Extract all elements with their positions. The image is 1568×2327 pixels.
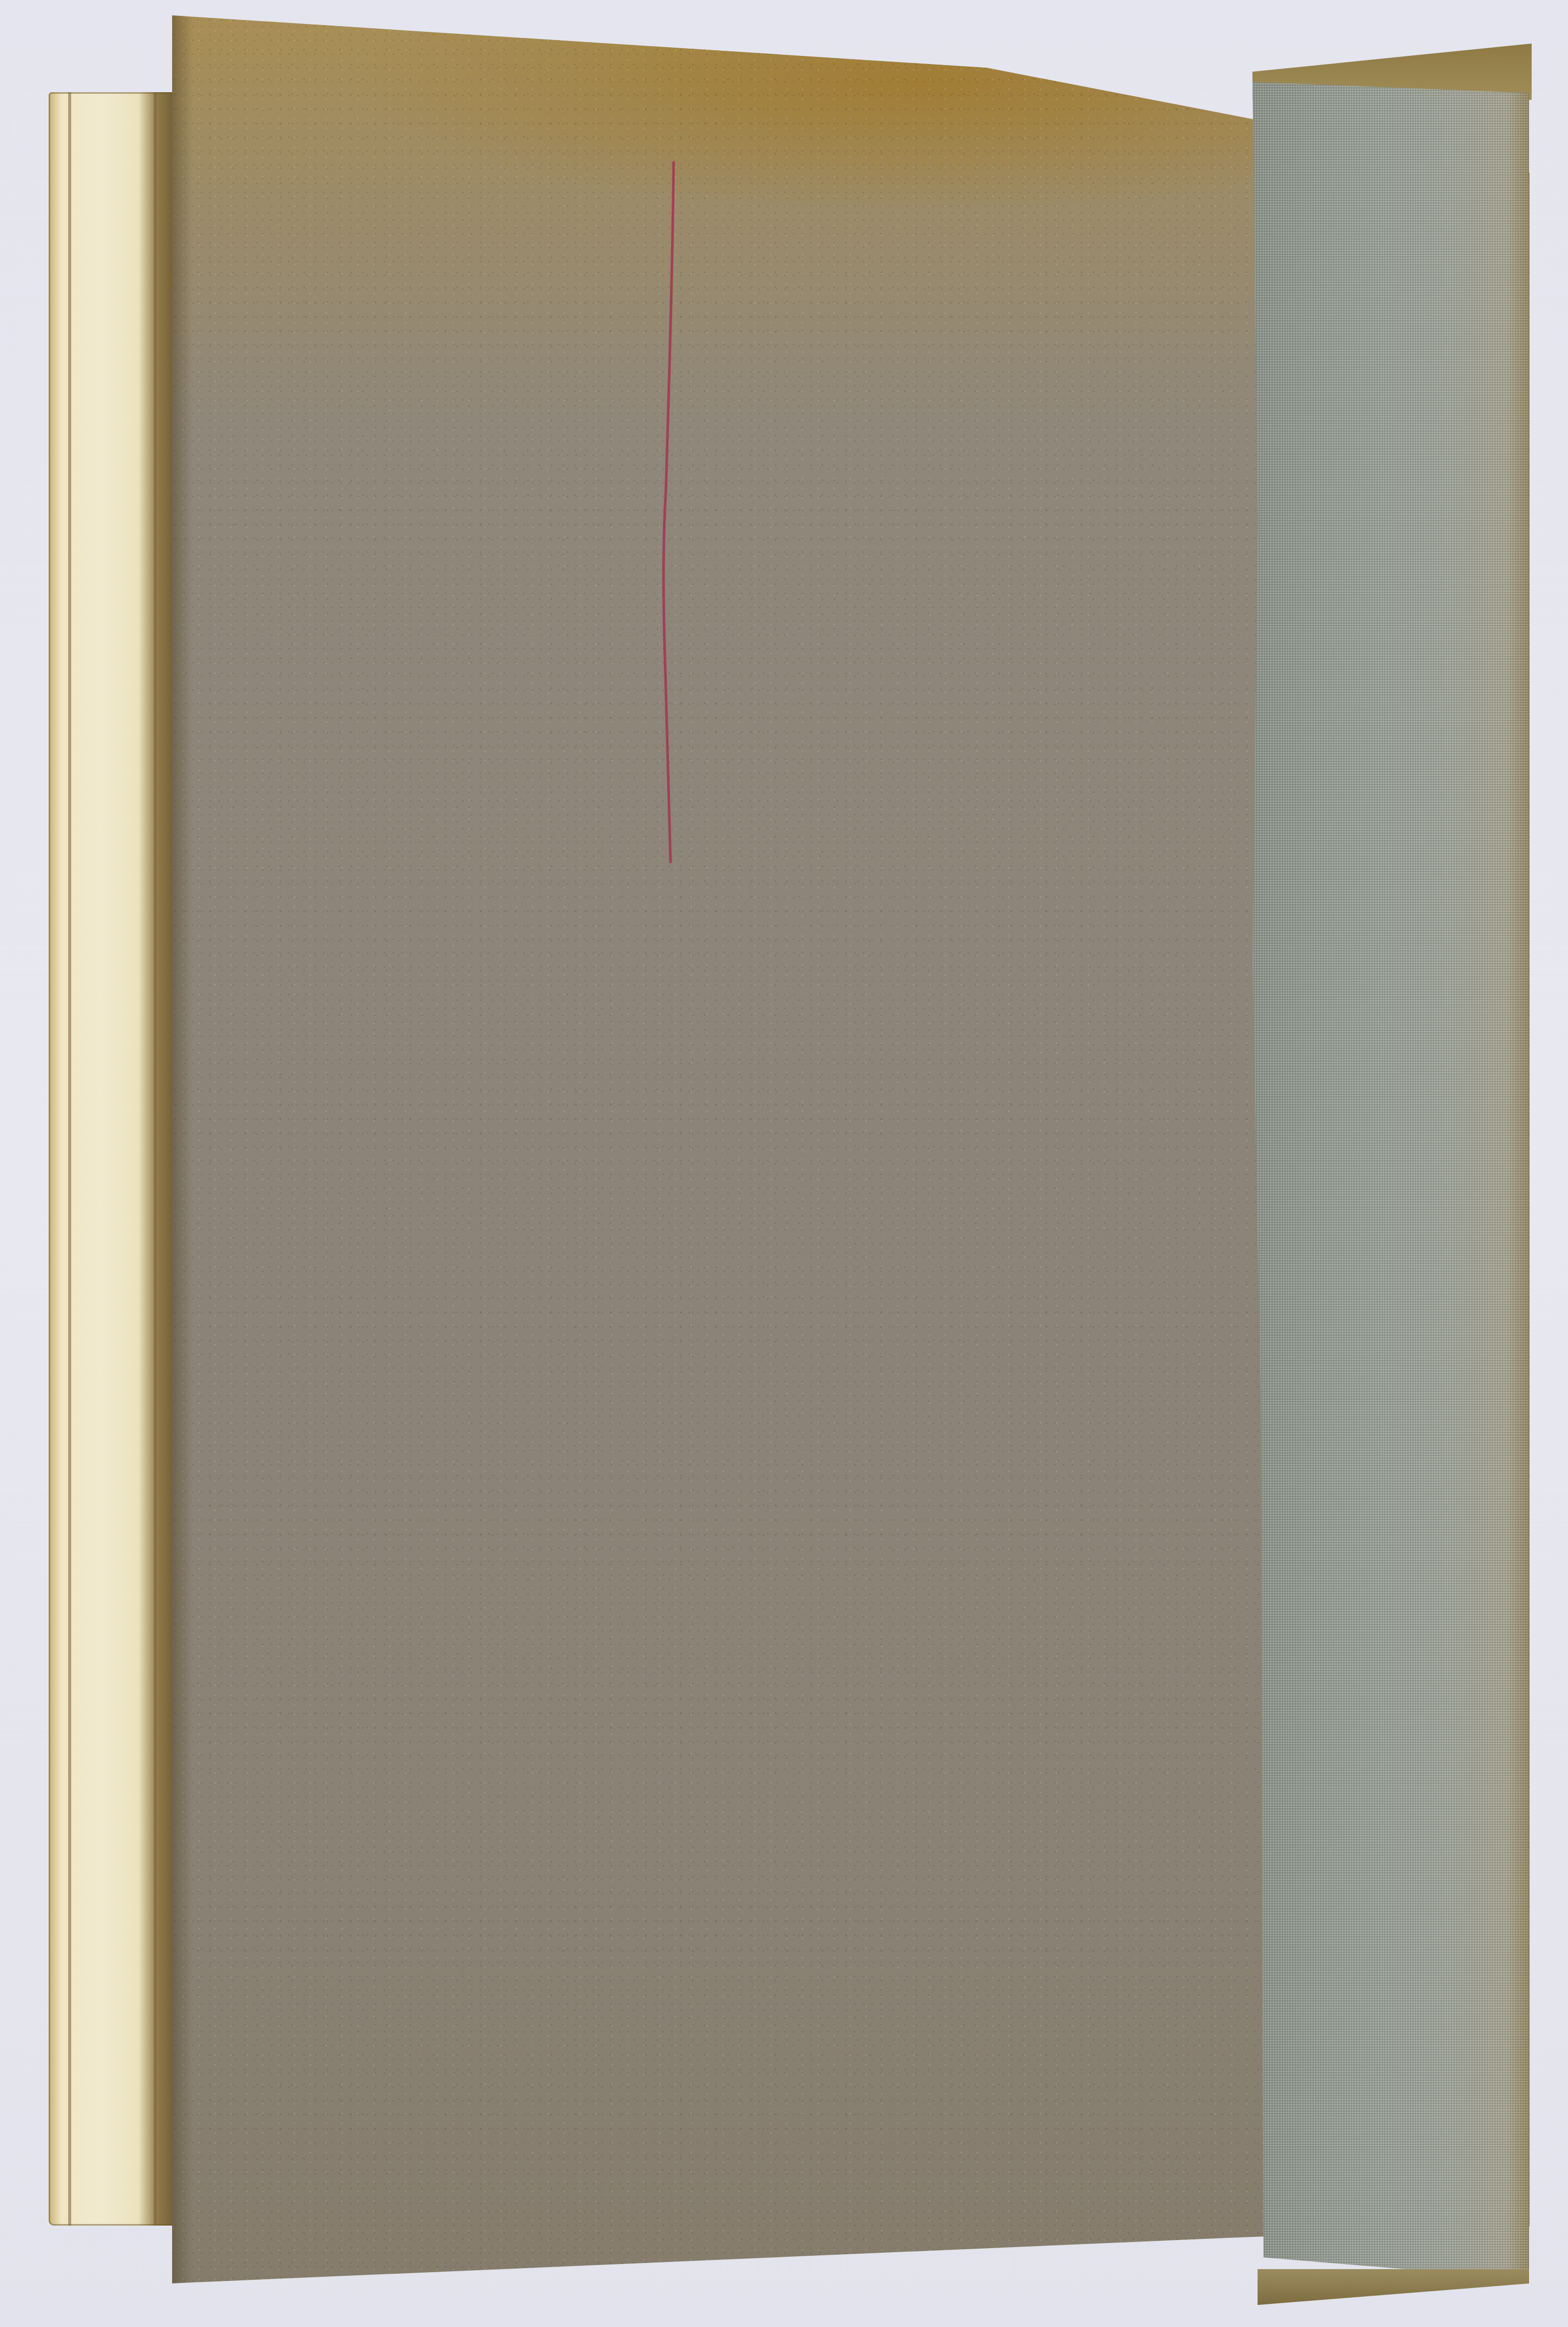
board-edge <box>172 15 193 2295</box>
page-block <box>49 92 177 2226</box>
red-pencil-mark <box>658 161 679 863</box>
page-edge-line <box>68 92 71 2226</box>
page-edge-line <box>154 92 157 2226</box>
linen-spine <box>1252 82 1529 2279</box>
